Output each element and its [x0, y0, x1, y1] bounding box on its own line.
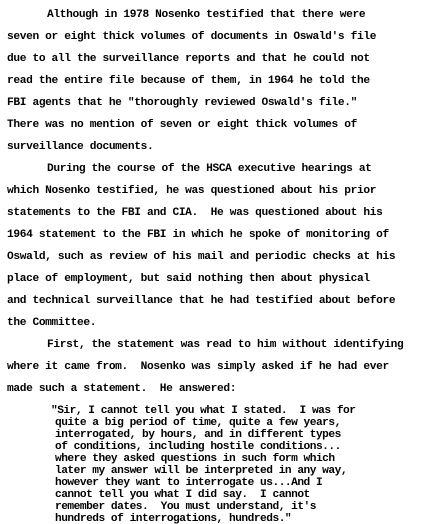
quote-line: interrogated, by hours, and in different… — [55, 429, 341, 441]
quote-line: where they asked questions in such form … — [55, 453, 335, 465]
text-line: Although in 1978 Nosenko testified that … — [47, 9, 365, 21]
quote-line: however they want to interrogate us...An… — [55, 477, 322, 489]
document-page: Although in 1978 Nosenko testified that … — [0, 0, 428, 524]
text-line: seven or eight thick volumes of document… — [7, 31, 376, 43]
text-line: surveillance documents. — [7, 141, 153, 153]
text-line: made such a statement. He answered: — [7, 383, 236, 395]
quote-line: hundreds of interrogations, hundreds." — [55, 513, 291, 524]
text-line: the Committee. — [7, 317, 96, 329]
text-line: statements to the FBI and CIA. He was qu… — [7, 207, 382, 219]
text-line: First, the statement was read to him wit… — [47, 339, 403, 351]
text-line: FBI agents that he "thoroughly reviewed … — [7, 97, 357, 109]
text-line: where it came from. Nosenko was simply a… — [7, 361, 389, 373]
text-line: read the entire file because of them, in… — [7, 75, 370, 87]
text-line: and technical surveillance that he had t… — [7, 295, 395, 307]
text-line: which Nosenko testified, he was question… — [7, 185, 376, 197]
text-line: due to all the surveillance reports and … — [7, 53, 370, 65]
text-line: During the course of the HSCA executive … — [47, 163, 372, 175]
text-line: Oswald, such as review of his mail and p… — [7, 251, 395, 263]
text-line: There was no mention of seven or eight t… — [7, 119, 357, 131]
quote-line: of conditions, including hostile conditi… — [55, 441, 341, 453]
quote-line: "Sir, I cannot tell you what I stated. I… — [51, 405, 355, 417]
quote-line: remember dates. You must understand, it'… — [55, 501, 316, 513]
text-line: 1964 statement to the FBI in which he sp… — [7, 229, 389, 241]
quote-line: quite a big period of time, quite a few … — [55, 417, 341, 429]
quote-line: later my answer will be interpreted in a… — [55, 465, 347, 477]
text-line: place of employment, but said nothing th… — [7, 273, 370, 285]
quote-line: cannot tell you what I did say. I cannot — [55, 489, 310, 501]
